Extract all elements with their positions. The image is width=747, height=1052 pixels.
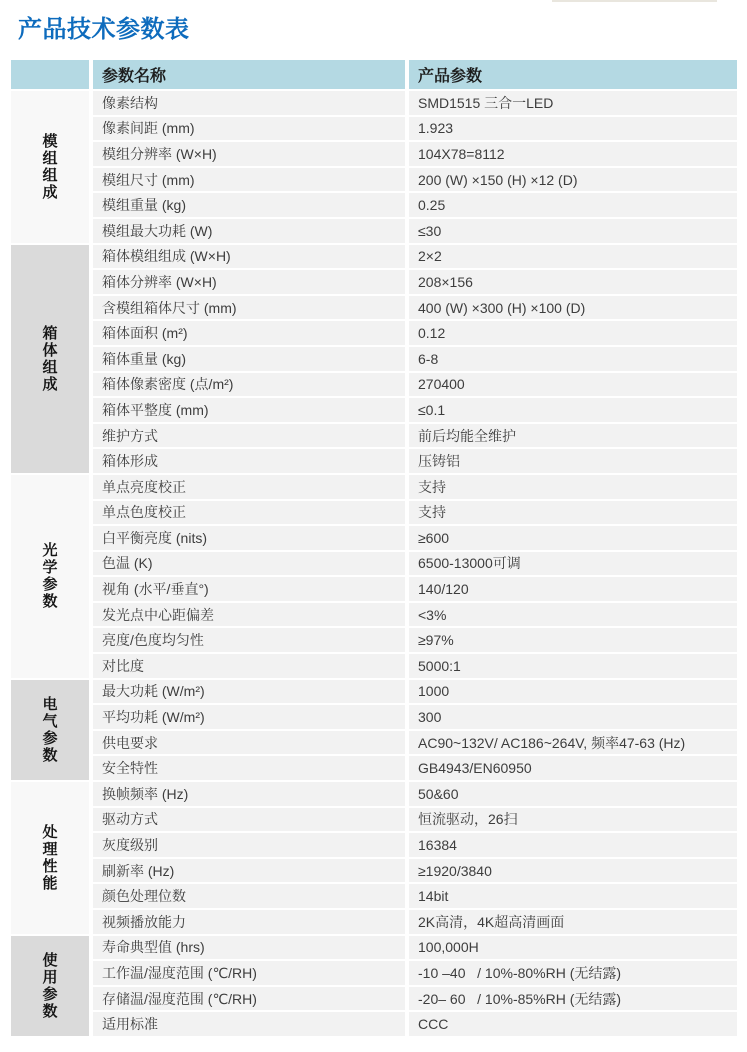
param-name-cell: 驱动方式: [93, 808, 405, 832]
param-value-cell: 300: [409, 705, 737, 729]
param-value-cell: 200 (W) ×150 (H) ×12 (D): [409, 168, 737, 192]
table-row: 模组重量 (kg)0.25: [11, 193, 737, 217]
param-name-cell: 箱体形成: [93, 449, 405, 473]
param-value-cell: ≤0.1: [409, 398, 737, 422]
table-row: 颜色处理位数14bit: [11, 884, 737, 908]
param-name-cell: 箱体模组组成 (W×H): [93, 245, 405, 269]
table-row: 刷新率 (Hz)≥1920/3840: [11, 859, 737, 883]
table-row: 白平衡亮度 (nits)≥600: [11, 526, 737, 550]
table-header-row: 参数名称 产品参数: [11, 60, 737, 89]
param-name-cell: 适用标准: [93, 1012, 405, 1036]
table-row: 含模组箱体尺寸 (mm)400 (W) ×300 (H) ×100 (D): [11, 296, 737, 320]
param-name-cell: 灰度级别: [93, 833, 405, 857]
table-row: 箱 体 组 成箱体模组组成 (W×H)2×2: [11, 245, 737, 269]
table-row: 亮度/色度均匀性≥97%: [11, 628, 737, 652]
param-name-cell: 存储温/湿度范围 (℃/RH): [93, 987, 405, 1011]
table-row: 模 组 组 成像素结构SMD1515 三合一LED: [11, 91, 737, 115]
param-value-cell: 104X78=8112: [409, 142, 737, 166]
spec-sheet-page: 产品技术参数表 参数名称 产品参数 模 组 组 成像素结构SMD1515 三合一…: [0, 0, 747, 1052]
table-row: 箱体像素密度 (点/m²)270400: [11, 373, 737, 397]
category-label: 使 用 参 数: [11, 936, 89, 1036]
param-value-cell: -20– 60 / 10%-85%RH (无结露): [409, 987, 737, 1011]
table-row: 维护方式前后均能全维护: [11, 424, 737, 448]
top-edge-artifact: [552, 0, 717, 2]
header-param-name: 参数名称: [93, 60, 405, 89]
param-value-cell: CCC: [409, 1012, 737, 1036]
param-value-cell: 1.923: [409, 117, 737, 141]
param-value-cell: ≤30: [409, 219, 737, 243]
param-name-cell: 箱体分辨率 (W×H): [93, 270, 405, 294]
param-name-cell: 对比度: [93, 654, 405, 678]
param-name-cell: 单点亮度校正: [93, 475, 405, 499]
param-value-cell: AC90~132V/ AC186~264V, 频率47-63 (Hz): [409, 731, 737, 755]
param-name-cell: 亮度/色度均匀性: [93, 628, 405, 652]
param-value-cell: 恒流驱动，26扫: [409, 808, 737, 832]
param-name-cell: 含模组箱体尺寸 (mm): [93, 296, 405, 320]
param-name-cell: 视角 (水平/垂直°): [93, 577, 405, 601]
table-row: 视角 (水平/垂直°)140/120: [11, 577, 737, 601]
param-value-cell: 6-8: [409, 347, 737, 371]
param-value-cell: 前后均能全维护: [409, 424, 737, 448]
param-name-cell: 安全特性: [93, 756, 405, 780]
param-value-cell: 16384: [409, 833, 737, 857]
param-name-cell: 工作温/湿度范围 (℃/RH): [93, 961, 405, 985]
param-name-cell: 颜色处理位数: [93, 884, 405, 908]
table-row: 模组最大功耗 (W)≤30: [11, 219, 737, 243]
param-value-cell: 1000: [409, 680, 737, 704]
param-name-cell: 箱体面积 (m²): [93, 321, 405, 345]
param-value-cell: ≥600: [409, 526, 737, 550]
header-category-cell: [11, 60, 89, 89]
param-value-cell: SMD1515 三合一LED: [409, 91, 737, 115]
table-row: 平均功耗 (W/m²)300: [11, 705, 737, 729]
param-value-cell: -10 –40 / 10%-80%RH (无结露): [409, 961, 737, 985]
param-value-cell: 5000:1: [409, 654, 737, 678]
table-row: 供电要求AC90~132V/ AC186~264V, 频率47-63 (Hz): [11, 731, 737, 755]
table-row: 色温 (K)6500-13000可调: [11, 552, 737, 576]
param-value-cell: 支持: [409, 475, 737, 499]
param-name-cell: 模组尺寸 (mm): [93, 168, 405, 192]
category-label: 处 理 性 能: [11, 782, 89, 934]
table-row: 箱体形成压铸铝: [11, 449, 737, 473]
table-row: 适用标准CCC: [11, 1012, 737, 1036]
param-value-cell: 208×156: [409, 270, 737, 294]
param-value-cell: GB4943/EN60950: [409, 756, 737, 780]
param-name-cell: 像素间距 (mm): [93, 117, 405, 141]
table-row: 箱体面积 (m²)0.12: [11, 321, 737, 345]
param-name-cell: 箱体重量 (kg): [93, 347, 405, 371]
param-value-cell: 0.12: [409, 321, 737, 345]
param-name-cell: 箱体平整度 (mm): [93, 398, 405, 422]
param-value-cell: 支持: [409, 501, 737, 525]
header-product-param: 产品参数: [409, 60, 737, 89]
param-name-cell: 寿命典型值 (hrs): [93, 936, 405, 960]
param-value-cell: <3%: [409, 603, 737, 627]
table-row: 处 理 性 能换帧频率 (Hz)50&60: [11, 782, 737, 806]
param-value-cell: 400 (W) ×300 (H) ×100 (D): [409, 296, 737, 320]
param-value-cell: 0.25: [409, 193, 737, 217]
param-name-cell: 模组分辨率 (W×H): [93, 142, 405, 166]
param-name-cell: 维护方式: [93, 424, 405, 448]
param-name-cell: 模组重量 (kg): [93, 193, 405, 217]
table-row: 模组分辨率 (W×H)104X78=8112: [11, 142, 737, 166]
param-name-cell: 平均功耗 (W/m²): [93, 705, 405, 729]
table-row: 发光点中心距偏差<3%: [11, 603, 737, 627]
param-name-cell: 最大功耗 (W/m²): [93, 680, 405, 704]
param-value-cell: 50&60: [409, 782, 737, 806]
param-value-cell: 270400: [409, 373, 737, 397]
param-value-cell: 14bit: [409, 884, 737, 908]
param-value-cell: 140/120: [409, 577, 737, 601]
table-row: 箱体平整度 (mm)≤0.1: [11, 398, 737, 422]
param-name-cell: 刷新率 (Hz): [93, 859, 405, 883]
param-name-cell: 换帧频率 (Hz): [93, 782, 405, 806]
table-row: 驱动方式恒流驱动，26扫: [11, 808, 737, 832]
param-value-cell: ≥97%: [409, 628, 737, 652]
spec-table: 参数名称 产品参数 模 组 组 成像素结构SMD1515 三合一LED像素间距 …: [7, 58, 741, 1038]
category-label: 电 气 参 数: [11, 680, 89, 780]
param-value-cell: 2K高清，4K超高清画面: [409, 910, 737, 934]
table-row: 安全特性GB4943/EN60950: [11, 756, 737, 780]
table-row: 工作温/湿度范围 (℃/RH)-10 –40 / 10%-80%RH (无结露): [11, 961, 737, 985]
param-table-body: 模 组 组 成像素结构SMD1515 三合一LED像素间距 (mm)1.923模…: [11, 91, 737, 1036]
category-label: 模 组 组 成: [11, 91, 89, 243]
table-row: 像素间距 (mm)1.923: [11, 117, 737, 141]
table-row: 电 气 参 数最大功耗 (W/m²)1000: [11, 680, 737, 704]
param-name-cell: 箱体像素密度 (点/m²): [93, 373, 405, 397]
param-name-cell: 发光点中心距偏差: [93, 603, 405, 627]
table-row: 使 用 参 数寿命典型值 (hrs)100,000H: [11, 936, 737, 960]
param-name-cell: 色温 (K): [93, 552, 405, 576]
param-name-cell: 视频播放能力: [93, 910, 405, 934]
category-label: 光 学 参 数: [11, 475, 89, 678]
table-row: 光 学 参 数单点亮度校正支持: [11, 475, 737, 499]
table-row: 箱体分辨率 (W×H)208×156: [11, 270, 737, 294]
param-value-cell: 压铸铝: [409, 449, 737, 473]
table-row: 视频播放能力2K高清，4K超高清画面: [11, 910, 737, 934]
table-row: 灰度级别16384: [11, 833, 737, 857]
page-title: 产品技术参数表: [18, 9, 190, 44]
param-value-cell: 2×2: [409, 245, 737, 269]
param-name-cell: 白平衡亮度 (nits): [93, 526, 405, 550]
category-label: 箱 体 组 成: [11, 245, 89, 473]
param-name-cell: 供电要求: [93, 731, 405, 755]
table-row: 存储温/湿度范围 (℃/RH)-20– 60 / 10%-85%RH (无结露): [11, 987, 737, 1011]
param-name-cell: 模组最大功耗 (W): [93, 219, 405, 243]
table-row: 单点色度校正支持: [11, 501, 737, 525]
param-value-cell: 100,000H: [409, 936, 737, 960]
table-row: 箱体重量 (kg)6-8: [11, 347, 737, 371]
table-row: 对比度5000:1: [11, 654, 737, 678]
param-value-cell: ≥1920/3840: [409, 859, 737, 883]
param-value-cell: 6500-13000可调: [409, 552, 737, 576]
param-name-cell: 像素结构: [93, 91, 405, 115]
param-name-cell: 单点色度校正: [93, 501, 405, 525]
table-row: 模组尺寸 (mm)200 (W) ×150 (H) ×12 (D): [11, 168, 737, 192]
